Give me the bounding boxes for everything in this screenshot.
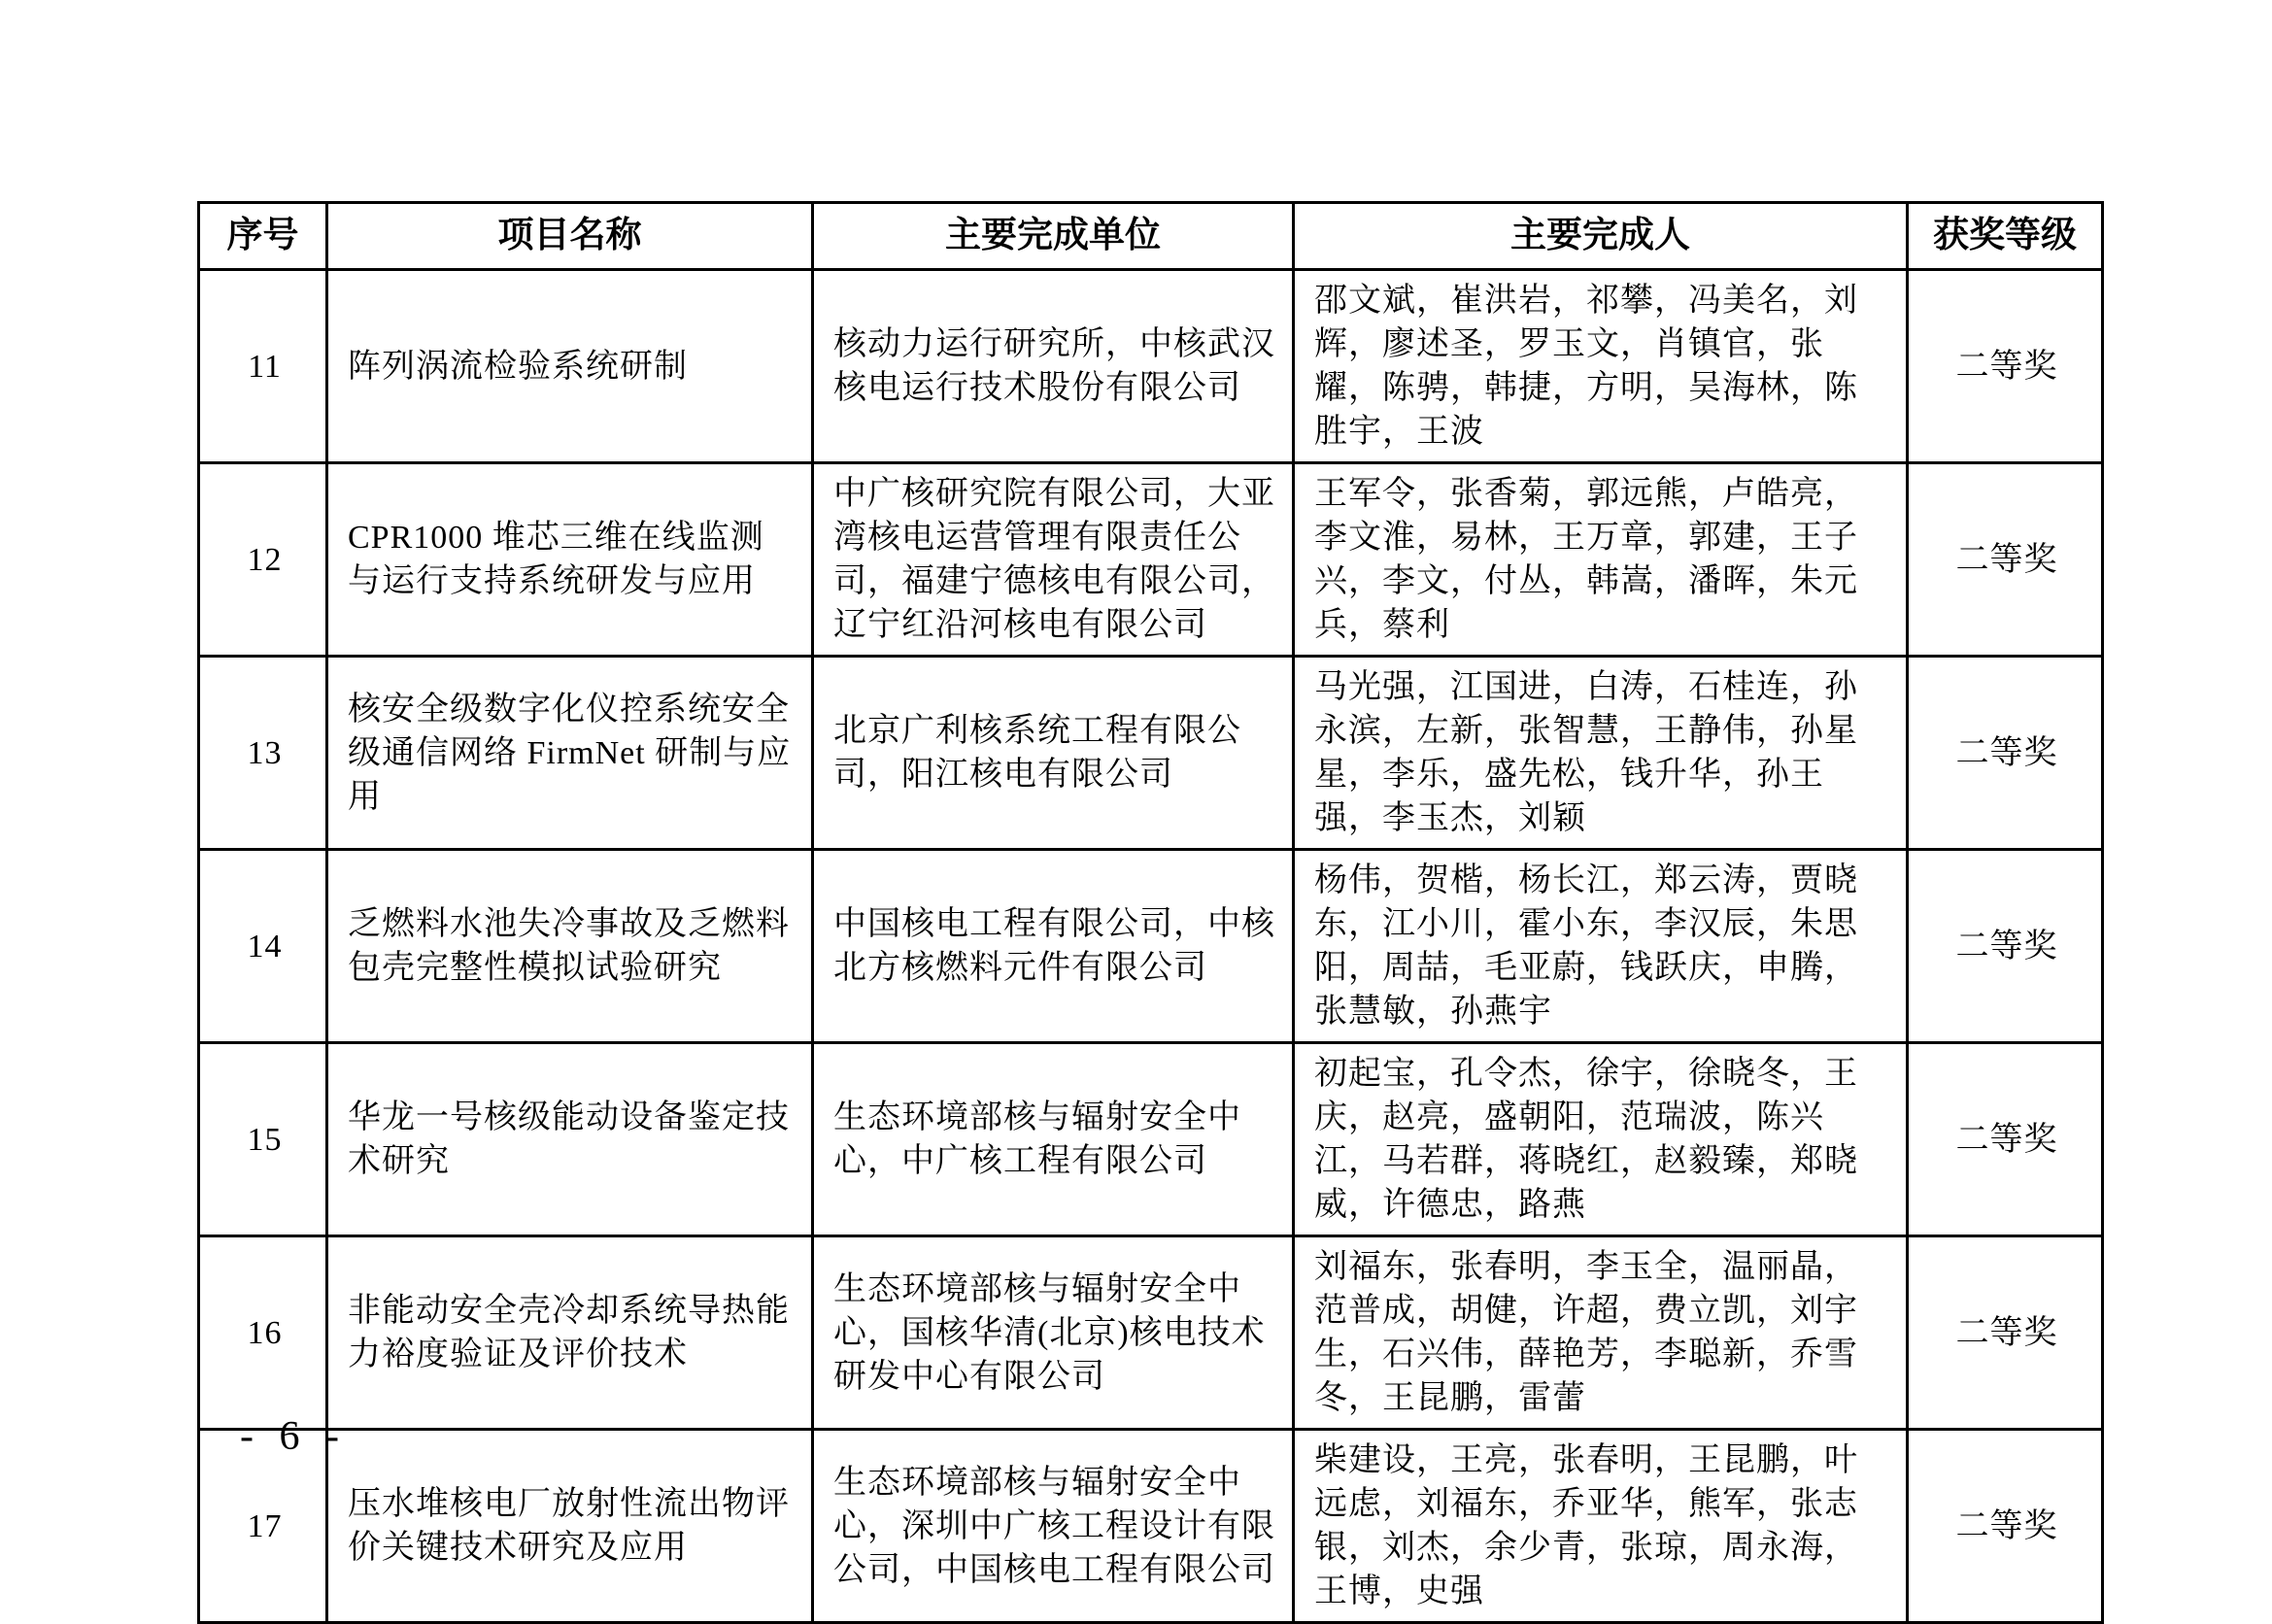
row-serial-number: 14 (199, 850, 327, 1043)
table-row: 14 乏燃料水池失冷事故及乏燃料包壳完整性模拟试验研究 中国核电工程有限公司，中… (199, 850, 2103, 1043)
award-grade: 二等奖 (1908, 463, 2103, 657)
table-header-row: 序号 项目名称 主要完成单位 主要完成人 获奖等级 (199, 203, 2103, 270)
main-people: 杨伟，贺楷，杨长江，郑云涛，贾晓东，江小川，霍小东，李汉辰，朱思阳，周喆，毛亚蔚… (1294, 850, 1908, 1043)
table-row: 16 非能动安全壳冷却系统导热能力裕度验证及评价技术 生态环境部核与辐射安全中心… (199, 1236, 2103, 1430)
main-units: 中国核电工程有限公司，中核北方核燃料元件有限公司 (813, 850, 1294, 1043)
document-page: 序号 项目名称 主要完成单位 主要完成人 获奖等级 11 阵列涡流检验系统研制 … (0, 0, 2272, 1608)
project-name: 压水堆核电厂放射性流出物评价关键技术研究及应用 (327, 1430, 813, 1623)
main-units: 生态环境部核与辐射安全中心，中广核工程有限公司 (813, 1043, 1294, 1236)
award-grade: 二等奖 (1908, 850, 2103, 1043)
main-units: 北京广利核系统工程有限公司，阳江核电有限公司 (813, 657, 1294, 850)
main-people: 王军令，张香菊，郭远熊，卢皓亮，李文淮，易林，王万章，郭建，王子兴，李文，付丛，… (1294, 463, 1908, 657)
main-units: 核动力运行研究所，中核武汉核电运行技术股份有限公司 (813, 270, 1294, 463)
row-serial-number: 13 (199, 657, 327, 850)
table-row: 13 核安全级数字化仪控系统安全级通信网络 FirmNet 研制与应用 北京广利… (199, 657, 2103, 850)
main-people: 柴建设，王亮，张春明，王昆鹏，叶远虑，刘福东，乔亚华，熊军，张志银，刘杰，余少青… (1294, 1430, 1908, 1623)
table-row: 12 CPR1000 堆芯三维在线监测与运行支持系统研发与应用 中广核研究院有限… (199, 463, 2103, 657)
header-main-people: 主要完成人 (1294, 203, 1908, 270)
project-name: 非能动安全壳冷却系统导热能力裕度验证及评价技术 (327, 1236, 813, 1430)
main-people: 初起宝，孔令杰，徐宇，徐晓冬，王庆，赵亮，盛朝阳，范瑞波，陈兴江，马若群，蒋晓红… (1294, 1043, 1908, 1236)
project-name: CPR1000 堆芯三维在线监测与运行支持系统研发与应用 (327, 463, 813, 657)
main-people: 邵文斌，崔洪岩，祁攀，冯美名，刘辉，廖述圣，罗玉文，肖镇官，张耀，陈骋，韩捷，方… (1294, 270, 1908, 463)
header-project-name: 项目名称 (327, 203, 813, 270)
header-serial-number: 序号 (199, 203, 327, 270)
award-grade: 二等奖 (1908, 270, 2103, 463)
project-name: 华龙一号核级能动设备鉴定技术研究 (327, 1043, 813, 1236)
table-row: 11 阵列涡流检验系统研制 核动力运行研究所，中核武汉核电运行技术股份有限公司 … (199, 270, 2103, 463)
row-serial-number: 16 (199, 1236, 327, 1430)
project-name: 阵列涡流检验系统研制 (327, 270, 813, 463)
main-people: 刘福东，张春明，李玉全，温丽晶，范普成，胡健，许超，费立凯，刘宇生，石兴伟，薛艳… (1294, 1236, 1908, 1430)
award-grade: 二等奖 (1908, 1236, 2103, 1430)
main-units: 生态环境部核与辐射安全中心，深圳中广核工程设计有限公司，中国核电工程有限公司 (813, 1430, 1294, 1623)
award-table: 序号 项目名称 主要完成单位 主要完成人 获奖等级 11 阵列涡流检验系统研制 … (197, 201, 2104, 1624)
table-row: 17 压水堆核电厂放射性流出物评价关键技术研究及应用 生态环境部核与辐射安全中心… (199, 1430, 2103, 1623)
project-name: 乏燃料水池失冷事故及乏燃料包壳完整性模拟试验研究 (327, 850, 813, 1043)
main-people: 马光强，江国进，白涛，石桂连，孙永滨，左新，张智慧，王静伟，孙星星，李乐，盛先松… (1294, 657, 1908, 850)
table-row: 15 华龙一号核级能动设备鉴定技术研究 生态环境部核与辐射安全中心，中广核工程有… (199, 1043, 2103, 1236)
project-name: 核安全级数字化仪控系统安全级通信网络 FirmNet 研制与应用 (327, 657, 813, 850)
row-serial-number: 11 (199, 270, 327, 463)
award-grade: 二等奖 (1908, 1043, 2103, 1236)
page-number: - 6 - (240, 1413, 347, 1460)
award-grade: 二等奖 (1908, 657, 2103, 850)
main-units: 中广核研究院有限公司，大亚湾核电运营管理有限责任公司，福建宁德核电有限公司，辽宁… (813, 463, 1294, 657)
award-grade: 二等奖 (1908, 1430, 2103, 1623)
header-main-units: 主要完成单位 (813, 203, 1294, 270)
row-serial-number: 15 (199, 1043, 327, 1236)
header-award-grade: 获奖等级 (1908, 203, 2103, 270)
row-serial-number: 12 (199, 463, 327, 657)
main-units: 生态环境部核与辐射安全中心，国核华清(北京)核电技术研发中心有限公司 (813, 1236, 1294, 1430)
